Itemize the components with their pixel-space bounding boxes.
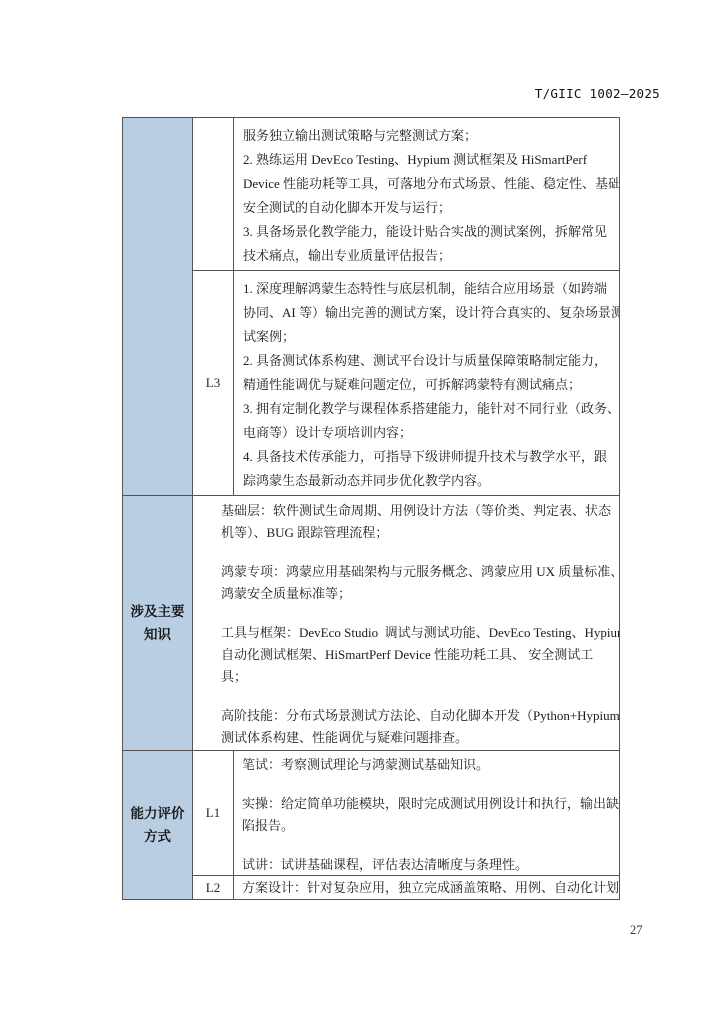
standard-code-header: T/GIIC 1002—2025 bbox=[0, 86, 660, 101]
text-line bbox=[221, 544, 615, 561]
text-line: 自动化测试框架、HiSmartPerf Device 性能功耗工具、 安全测试工 bbox=[221, 644, 615, 666]
text-line: 3. 具备场景化教学能力，能设计贴合实战的测试案例，拆解常见 bbox=[243, 220, 614, 244]
text-line: 4. 具备技术传承能力，可指导下级讲师提升技术与教学水平，跟 bbox=[243, 445, 614, 469]
text-line: 精通性能调优与疑难问题定位，可拆解鸿蒙特有测试痛点； bbox=[243, 373, 614, 397]
text-line bbox=[221, 605, 615, 622]
capability-table: 服务独立输出测试策略与完整测试方案；2. 熟练运用 DevEco Testing… bbox=[122, 117, 620, 900]
content-cell-l2-continuation: 服务独立输出测试策略与完整测试方案；2. 熟练运用 DevEco Testing… bbox=[233, 117, 619, 270]
text-line: 2. 熟练运用 DevEco Testing、Hypium 测试框架及 HiSm… bbox=[243, 148, 614, 172]
text-line: 安全测试的自动化脚本开发与运行； bbox=[243, 196, 614, 220]
text-line: 鸿蒙安全质量标准等； bbox=[221, 583, 615, 605]
text-line: 服务独立输出测试策略与完整测试方案； bbox=[243, 124, 614, 148]
text-line: 基础层：软件测试生命周期、用例设计方法（等价类、判定表、状态 bbox=[221, 500, 615, 522]
text-line: 具； bbox=[221, 666, 615, 688]
content-cell-knowledge: 基础层：软件测试生命周期、用例设计方法（等价类、判定表、状态机等）、BUG 跟踪… bbox=[192, 495, 619, 750]
text-line bbox=[242, 837, 614, 854]
text-line: 陷报告。 bbox=[242, 815, 614, 837]
text-line: 高阶技能：分布式场景测试方法论、自动化脚本开发（Python+Hypium）、 bbox=[221, 705, 615, 727]
level-cell-l1: L1 bbox=[192, 750, 233, 875]
label-cell-continuation bbox=[122, 117, 192, 495]
content-cell-l2: 方案设计：针对复杂应用，独立完成涵盖策略、用例、自动化计划 bbox=[233, 875, 619, 899]
text-line: 机等）、BUG 跟踪管理流程； bbox=[221, 522, 615, 544]
text-line: 2. 具备测试体系构建、测试平台设计与质量保障策略制定能力， bbox=[243, 349, 614, 373]
level-cell-l2: L2 bbox=[192, 875, 233, 899]
text-line: 方案设计：针对复杂应用，独立完成涵盖策略、用例、自动化计划 bbox=[242, 877, 614, 899]
text-line bbox=[242, 776, 614, 793]
text-line: 协同、AI 等）输出完善的测试方案，设计符合真实的、复杂场景测 bbox=[243, 301, 614, 325]
level-cell-l3: L3 bbox=[192, 270, 233, 495]
content-cell-l3: 1. 深度理解鸿蒙生态特性与底层机制，能结合应用场景（如跨端协同、AI 等）输出… bbox=[233, 270, 619, 495]
text-line: Device 性能功耗等工具，可落地分布式场景、性能、稳定性、基础 bbox=[243, 172, 614, 196]
label-cell-evaluation: 能力评价方式 bbox=[122, 750, 192, 899]
text-line bbox=[221, 688, 615, 705]
text-line: 3. 拥有定制化教学与课程体系搭建能力，能针对不同行业（政务、 bbox=[243, 397, 614, 421]
text-line: 实操：给定简单功能模块，限时完成测试用例设计和执行，输出缺 bbox=[242, 793, 614, 815]
level-cell-empty bbox=[192, 117, 233, 270]
text-line: 工具与框架：DevEco Studio 调试与测试功能、DevEco Testi… bbox=[221, 622, 615, 644]
label-cell-knowledge: 涉及主要知识 bbox=[122, 495, 192, 750]
text-line: 试案例； bbox=[243, 325, 614, 349]
text-line: 试讲：试讲基础课程，评估表达清晰度与条理性。 bbox=[242, 854, 614, 875]
text-line: 测试体系构建、性能调优与疑难问题排查。 bbox=[221, 727, 615, 749]
text-line: 1. 深度理解鸿蒙生态特性与底层机制，能结合应用场景（如跨端 bbox=[243, 277, 614, 301]
document-page: T/GIIC 1002—2025 服务独立输出测试策略与完整测试方案；2. 熟练… bbox=[0, 0, 724, 1024]
text-line: 电商等）设计专项培训内容； bbox=[243, 421, 614, 445]
text-line: 踪鸿蒙生态最新动态并同步优化教学内容。 bbox=[243, 469, 614, 493]
text-line: 涉及主要 bbox=[131, 600, 185, 623]
content-cell-l1: 笔试：考察测试理论与鸿蒙测试基础知识。实操：给定简单功能模块，限时完成测试用例设… bbox=[233, 750, 619, 875]
text-line: 方式 bbox=[144, 825, 171, 848]
text-line: 笔试：考察测试理论与鸿蒙测试基础知识。 bbox=[242, 754, 614, 776]
text-line: 知识 bbox=[144, 623, 171, 646]
text-line: 技术痛点，输出专业质量评估报告； bbox=[243, 244, 614, 268]
text-line: 能力评价 bbox=[131, 802, 185, 825]
text-line: 鸿蒙专项：鸿蒙应用基础架构与元服务概念、鸿蒙应用 UX 质量标准、 bbox=[221, 561, 615, 583]
page-number: 27 bbox=[630, 923, 643, 938]
